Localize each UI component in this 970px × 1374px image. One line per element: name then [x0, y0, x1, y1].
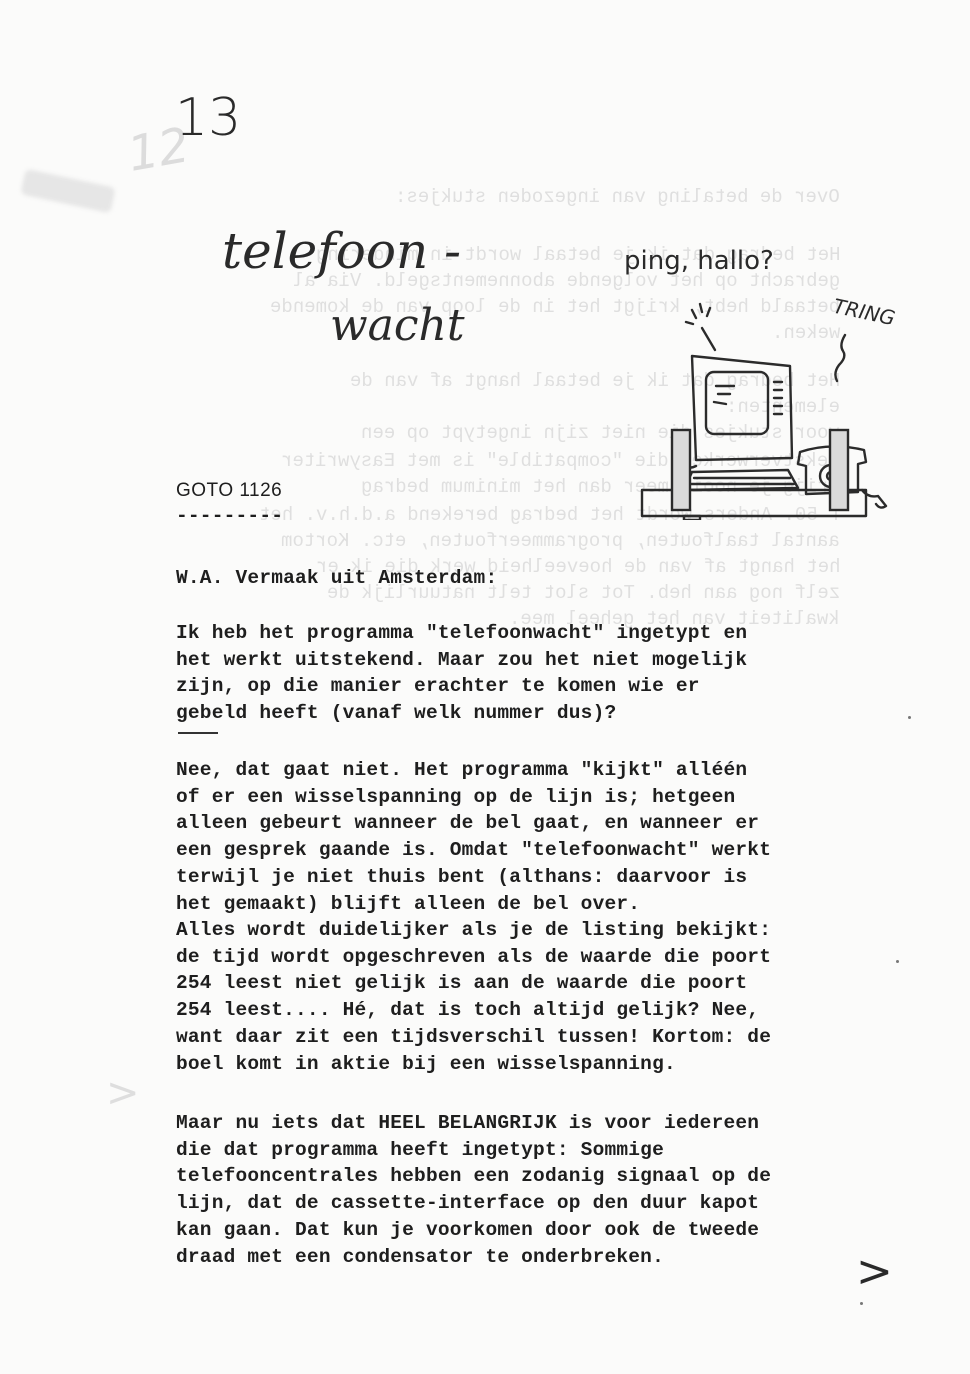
answer-line: de tijd wordt opgeschreven als de waarde…: [176, 944, 896, 971]
answer-line: het gemaakt) blijft alleen de bel over.: [176, 891, 896, 918]
answer-line: Nee, dat gaat niet. Het programma "kijkt…: [176, 757, 896, 784]
answer-line: draad met een condensator te onderbreken…: [176, 1244, 896, 1271]
page-number: 13: [175, 88, 241, 148]
bleed-line: aantal taalfouten, programmeerfouten, et…: [281, 530, 840, 552]
spark-icon: [686, 304, 715, 350]
answer-paragraph-2: Alles wordt duidelijker als je de listin…: [176, 917, 896, 1077]
separator-line: ---------: [176, 503, 896, 530]
answer-line: terwijl je niet thuis bent (althans: daa…: [176, 864, 896, 891]
answer-line: kan gaan. Dat kun je voorkomen door ook …: [176, 1217, 896, 1244]
answer-line: of er een wisselspanning op de lijn is; …: [176, 784, 896, 811]
answer-line: Alles wordt duidelijker als je de listin…: [176, 917, 896, 944]
answer-line: die dat programma heeft ingetypt: Sommig…: [176, 1137, 896, 1164]
speech-text: ping, hallo?: [624, 246, 774, 276]
answer-line: want daar zit een tijdsverschil tussen! …: [176, 1024, 896, 1051]
question-line: gebeld heeft (vanaf welk nummer dus)?: [176, 700, 896, 727]
ghost-arrow-icon: >: [106, 1070, 140, 1116]
answer-line: boel komt in aktie bij een wisselspannin…: [176, 1051, 896, 1078]
next-page-arrow-icon: >: [856, 1246, 893, 1297]
speck: [908, 716, 911, 719]
answer-line: een gesprek gaande is. Omdat "telefoonwa…: [176, 837, 896, 864]
answer-divider: [178, 732, 218, 734]
article-title-line2: wacht: [330, 300, 465, 351]
document-page: Over de betaling van ingezoden stukjes:H…: [0, 0, 970, 1374]
article-title-line1: telefoon -: [222, 222, 461, 280]
smudge-mark: [20, 169, 115, 214]
answer-line: 254 leest.... Hé, dat is toch altijd gel…: [176, 997, 896, 1024]
question-line: Ik heb het programma "telefoonwacht" ing…: [176, 620, 896, 647]
bleed-line: Over de betaling van ingezoden stukjes:: [395, 186, 840, 208]
answer-line: 254 leest niet gelijk is aan de waarde d…: [176, 970, 896, 997]
letter-author: W.A. Vermaak uit Amsterdam:: [176, 565, 896, 592]
answer-line: telefooncentrales hebben een zodanig sig…: [176, 1163, 896, 1190]
speck: [860, 1302, 863, 1305]
answer-paragraph-1: Nee, dat gaat niet. Het programma "kijkt…: [176, 757, 896, 917]
reader-question: Ik heb het programma "telefoonwacht" ing…: [176, 620, 896, 727]
speck: [896, 960, 899, 963]
answer-line: alleen gebeurt wanneer de bel gaat, en w…: [176, 810, 896, 837]
goto-command: GOTO 1126: [176, 478, 896, 505]
question-line: het werkt uitstekend. Maar zou het niet …: [176, 647, 896, 674]
answer-line: Maar nu iets dat HEEL BELANGRIJK is voor…: [176, 1110, 896, 1137]
answer-line: lijn, dat de cassette-interface op den d…: [176, 1190, 896, 1217]
question-line: zijn, op die manier erachter te komen wi…: [176, 673, 896, 700]
answer-paragraph-3: Maar nu iets dat HEEL BELANGRIJK is voor…: [176, 1110, 896, 1270]
